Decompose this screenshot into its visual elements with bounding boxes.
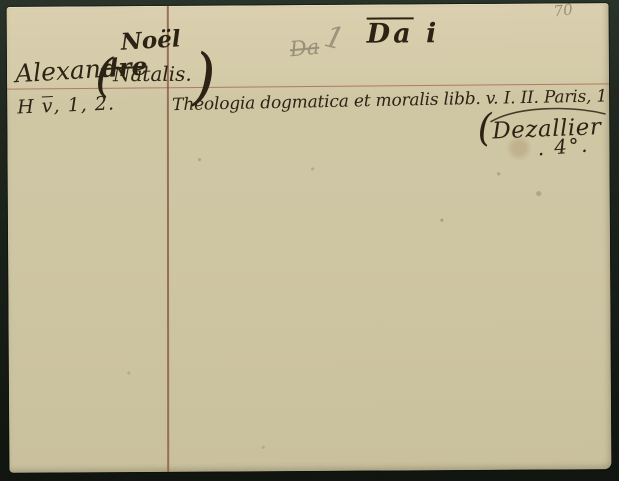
call-number: H v, 1, 2. (17, 92, 116, 118)
call-number-prefix: H (17, 95, 42, 118)
shelfmark-suffix: i (426, 18, 439, 49)
shelfmark-overlined-part: Da (367, 17, 414, 47)
corner-page-number: 70 (553, 0, 574, 20)
old-shelfmark-pencil-struck: Da (289, 35, 320, 62)
catalog-card-scan: Da 1 Da i 70 Noël Alexandre ( Natalis. )… (0, 0, 619, 481)
call-number-rest: , 1, 2. (53, 92, 115, 116)
pencil-numeral: 1 (321, 19, 348, 58)
paren-open: ( (95, 52, 113, 98)
latin-name-text: Natalis. (113, 62, 192, 86)
catalog-card: Da 1 Da i 70 Noël Alexandre ( Natalis. )… (7, 3, 612, 473)
shelfmark-heading: Da i (367, 17, 440, 49)
author-surname-plain: Alexan (14, 54, 102, 88)
flourish-stroke (491, 106, 605, 121)
book-format: . 4°. (537, 133, 590, 161)
